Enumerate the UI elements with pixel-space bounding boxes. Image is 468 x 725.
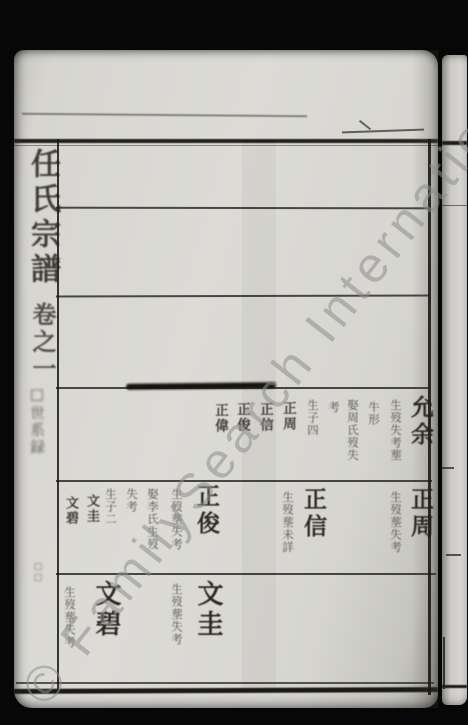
entry-child: 正周	[278, 401, 298, 432]
scanned-page-viewport: 任氏宗譜 卷之一 □世系録 □□ 允余 生歿失考塟 牛形 娶周氏歿失 考 生子四…	[0, 0, 468, 725]
frame-border-top-echo	[14, 145, 438, 146]
entry-detail: 娶李氏生歿	[145, 488, 161, 551]
sliver-rule-1	[442, 205, 467, 206]
frame-border-bottom	[14, 687, 438, 693]
sliver-border-bottom	[442, 685, 467, 688]
adjacent-page-edge	[442, 55, 467, 705]
entry-detail: 生歿塟失考	[169, 488, 185, 551]
scratch-line-top	[22, 113, 307, 117]
entry-child: 正俊	[232, 402, 252, 433]
entry-detail: 娶周氏歿失	[345, 399, 361, 462]
genealogy-page: 任氏宗譜 卷之一 □世系録 □□ 允余 生歿失考塟 牛形 娶周氏歿失 考 生子四…	[14, 50, 438, 708]
entry-detail: 考	[326, 401, 342, 414]
entry-name: 文碧	[88, 580, 125, 640]
entry-name: 正周	[404, 487, 437, 541]
spine-section-label: □世系録	[27, 385, 48, 456]
entry-detail: 生歿塟失考	[62, 586, 78, 649]
entry-detail: 牛形	[366, 401, 382, 426]
spine-title: 任氏宗譜	[20, 148, 64, 288]
entry-detail: 生子四	[305, 399, 321, 437]
entry-detail: 生歿塟未詳	[280, 491, 296, 554]
fold-shadow	[412, 50, 438, 708]
pencil-mark-cross	[359, 120, 371, 130]
frame-border-top	[14, 139, 438, 143]
entry-child: 正偉	[210, 403, 230, 434]
spine-volume: 卷之一	[25, 302, 60, 383]
entry-child: 正信	[255, 402, 275, 433]
entry-detail: 失考	[124, 488, 140, 513]
entry-detail: 生歿塟失考	[388, 491, 404, 554]
spine-margin-marks: □□	[33, 562, 43, 584]
entry-detail: 生歿塟失考	[169, 583, 185, 646]
sliver-tick-1	[442, 467, 454, 469]
sliver-corner-line	[443, 637, 445, 689]
entry-name: 正俊	[190, 484, 223, 538]
entry-detail: 生子二	[103, 488, 119, 526]
entry-name: 文圭	[190, 580, 227, 640]
sliver-tick-2	[446, 554, 461, 556]
entry-child: 文圭	[82, 494, 101, 524]
entry-name: 正信	[297, 487, 330, 541]
entry-child: 文碧	[61, 496, 80, 526]
entry-detail: 生歿失考塟	[388, 399, 404, 462]
entry-name: 允余	[404, 395, 437, 449]
frame-border-bottom-thin	[16, 682, 434, 684]
sliver-border-top	[442, 141, 467, 145]
